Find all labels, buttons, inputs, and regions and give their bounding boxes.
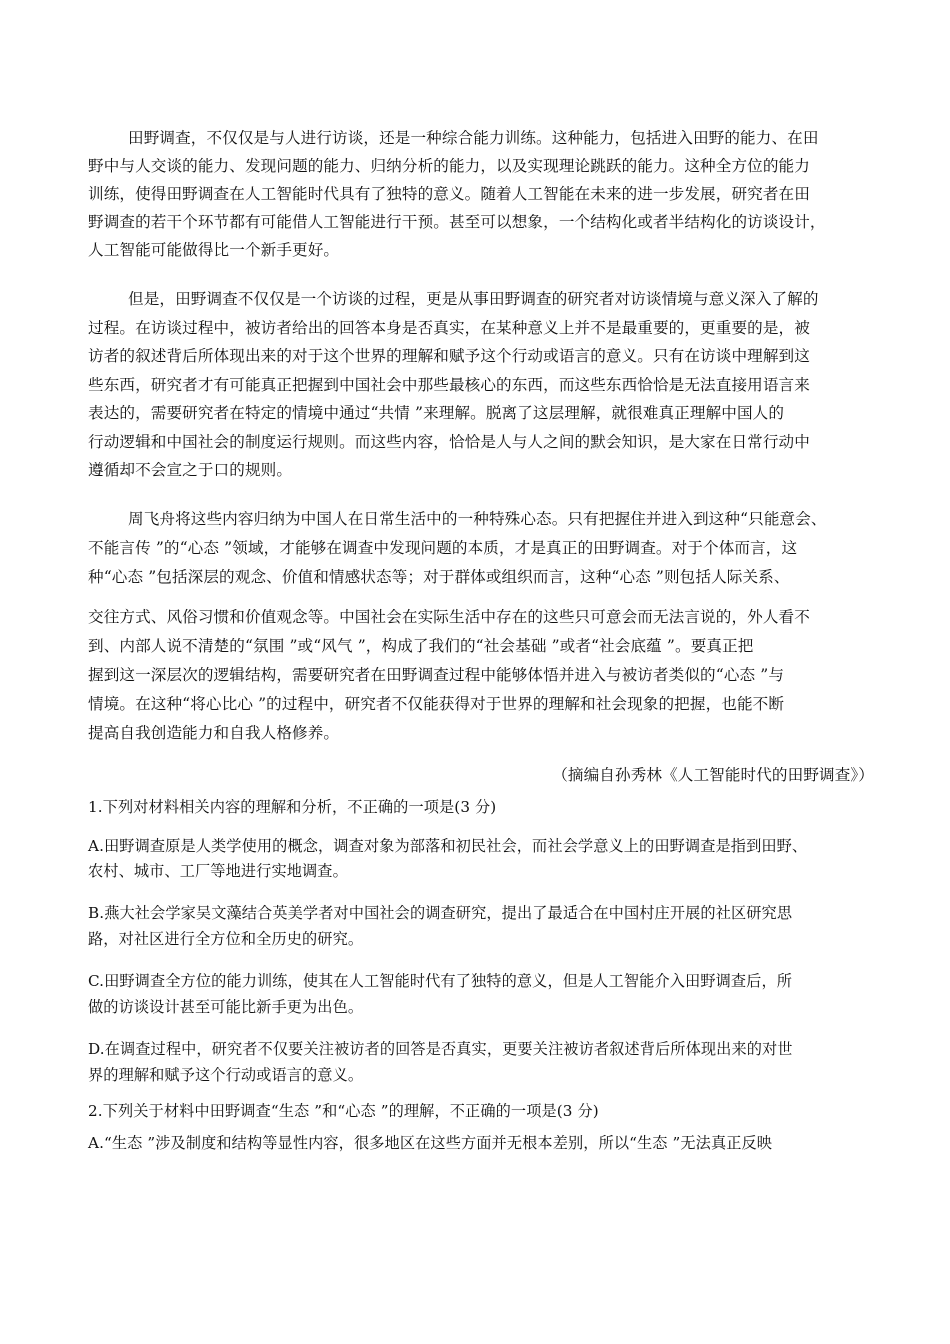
text-line: 表达的，需要研究者在特定的情境中通过“共情 ”来理解。脱离了这层理解，就很难真正…: [88, 403, 784, 423]
text-line: 遵循却不会宣之于口的规则。: [88, 460, 292, 480]
question-stem: 1.下列对材料相关内容的理解和分析，不正确的一项是(3 分): [88, 797, 496, 817]
text-line: 野中与人交谈的能力、发现问题的能力、归纳分析的能力，以及实现理论跳跃的能力。这种…: [88, 156, 810, 176]
text-line: 交往方式、风俗习惯和价值观念等。中国社会在实际生活中存在的这些只可意会而无法言说…: [88, 607, 810, 627]
text-line: 些东西，研究者才有可能真正把握到中国社会中那些最核心的东西，而这些东西恰恰是无法…: [88, 375, 810, 395]
text-line: 做的访谈设计甚至可能比新手更为出色。: [88, 997, 363, 1017]
text-line: 田野调查，不仅仅是与人进行访谈，还是一种综合能力训练。这种能力，包括进入田野的能…: [128, 128, 819, 148]
text-line: D.在调查过程中，研究者不仅要关注被访者的回答是否真实，更要关注被访者叙述背后所…: [88, 1039, 793, 1059]
text-line: 到、内部人说不清楚的“氛围 ”或“风气 ”，构成了我们的“社会基础 ”或者“社会…: [88, 636, 753, 656]
text-line: 农村、城市、工厂等地进行实地调查。: [88, 861, 348, 881]
text-line: 但是，田野调查不仅仅是一个访谈的过程，更是从事田野调查的研究者对访谈情境与意义深…: [128, 289, 819, 309]
text-line: 握到这一深层次的逻辑结构，需要研究者在田野调查过程中能够体悟并进入与被访者类似的…: [88, 665, 784, 685]
text-line: B.燕大社会学家吴文藻结合英美学者对中国社会的调查研究，提出了最适合在中国村庄开…: [88, 903, 792, 923]
text-line: 训练，使得田野调查在人工智能时代具有了独特的意义。随着人工智能在未来的进一步发展…: [88, 184, 810, 204]
text-line: A.“生态 ”涉及制度和结构等显性内容，很多地区在这些方面并无根本差别，所以“生…: [88, 1133, 772, 1153]
source-citation: （摘编自孙秀林《人工智能时代的田野调查》）: [552, 765, 874, 785]
text-line: 人工智能可能做得比一个新手更好。: [88, 240, 339, 260]
text-line: 野调查的若干个环节都有可能借人工智能进行干预。甚至可以想象，一个结构化或者半结构…: [88, 212, 826, 232]
text-line: 周飞舟将这些内容归纳为中国人在日常生活中的一种特殊心态。只有把握住并进入到这种“…: [128, 509, 827, 529]
text-line: 情境。在这种“将心比心 ”的过程中，研究者不仅能获得对于世界的理解和社会现象的把…: [88, 694, 784, 714]
question-stem: 2.下列关于材料中田野调查“生态 ”和“心态 ”的理解，不正确的一项是(3 分): [88, 1101, 599, 1121]
text-line: A.田野调查原是人类学使用的概念，调查对象为部落和初民社会，而社会学意义上的田野…: [88, 836, 807, 856]
text-line: 过程。在访谈过程中，被访者给出的回答本身是否真实，在某种意义上并不是最重要的，更…: [88, 318, 810, 338]
text-line: 访者的叙述背后所体现出来的对于这个世界的理解和赋予这个行动或语言的意义。只有在访…: [88, 346, 810, 366]
text-line: 种“心态 ”包括深层的观念、价值和情感状态等；对于群体或组织而言，这种“心态 ”…: [88, 567, 790, 587]
text-line: 不能言传 ”的“心态 ”领域，才能够在调查中发现问题的本质，才是真正的田野调查。…: [88, 538, 797, 558]
text-line: C.田野调查全方位的能力训练，使其在人工智能时代有了独特的意义，但是人工智能介入…: [88, 971, 792, 991]
text-line: 行动逻辑和中国社会的制度运行规则。而这些内容，恰恰是人与人之间的默会知识，是大家…: [88, 432, 810, 452]
text-line: 提高自我创造能力和自我人格修养。: [88, 723, 339, 743]
text-line: 路，对社区进行全方位和全历史的研究。: [88, 929, 363, 949]
text-line: 界的理解和赋予这个行动或语言的意义。: [88, 1065, 363, 1085]
